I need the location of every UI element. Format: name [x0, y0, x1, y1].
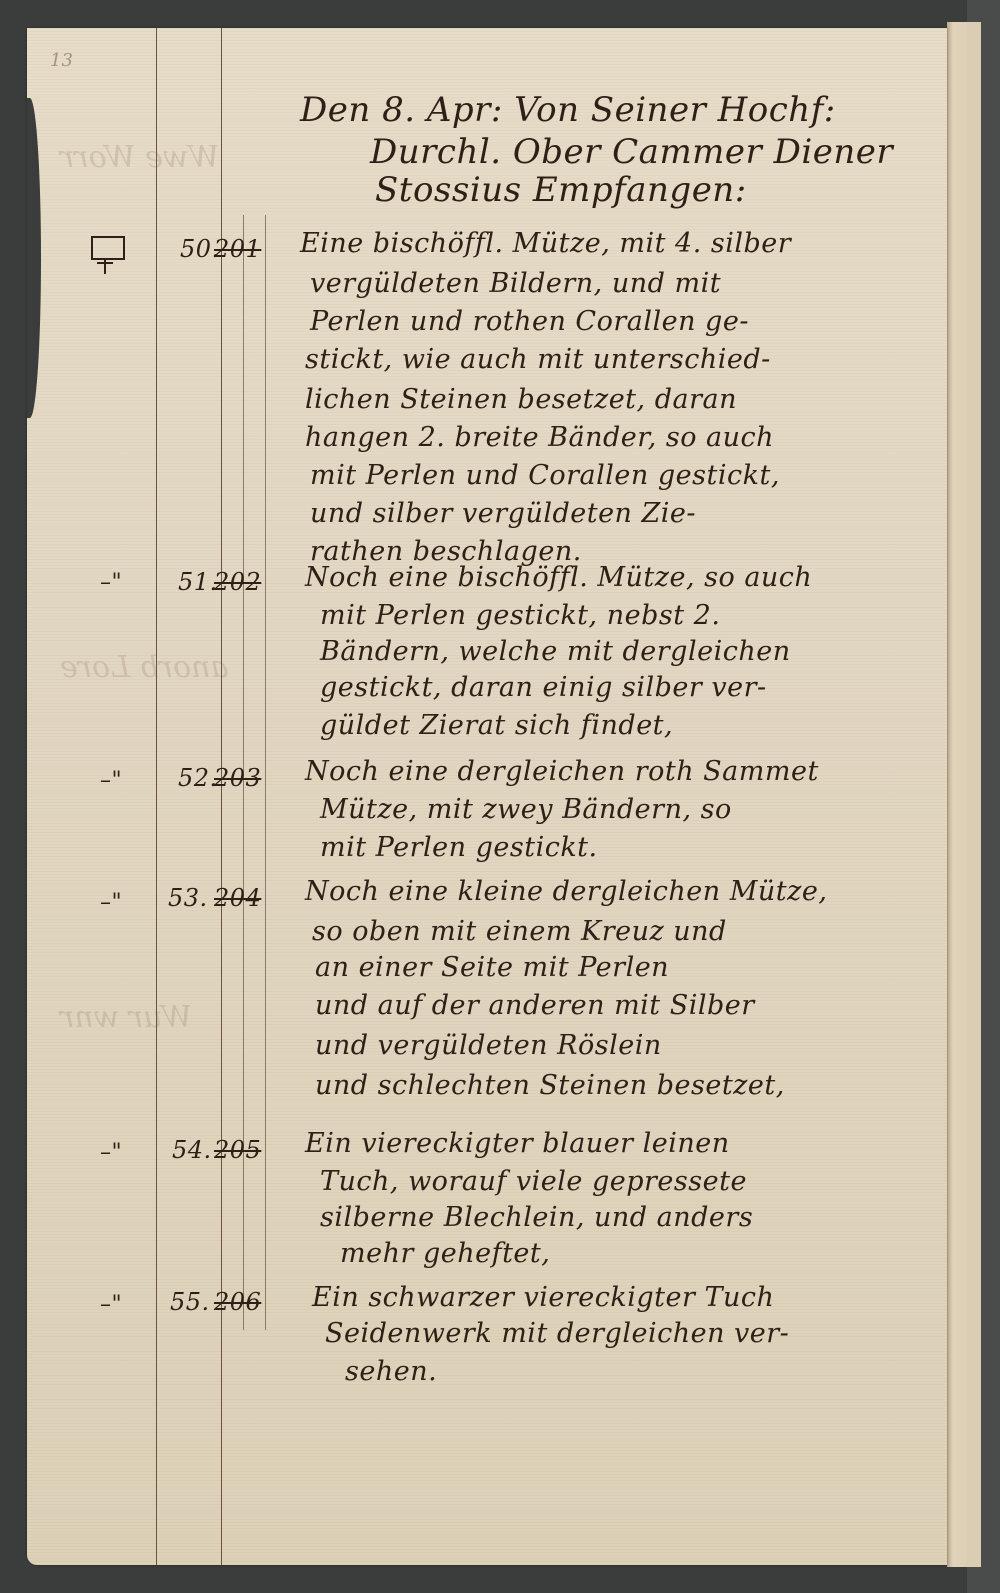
entry-line: Ein schwarzer viereckigter Tuch: [312, 1282, 774, 1313]
entry-line: und schlechten Steinen besetzet,: [315, 1070, 785, 1101]
page-edge-notch: [27, 98, 41, 418]
margin-mark: –": [100, 1292, 122, 1317]
entry-line: und vergüldeten Röslein: [315, 1030, 662, 1061]
margin-symbol-icon: [97, 262, 113, 264]
entry-line: Mütze, mit zwey Bändern, so: [320, 794, 732, 825]
entry-number: 53.: [168, 884, 208, 912]
margin-mark: –": [100, 890, 122, 915]
entry-line: Noch eine kleine dergleichen Mütze,: [305, 876, 827, 907]
entry-line: mit Perlen gestickt, nebst 2.: [320, 600, 720, 631]
heading-line: Durchl. Ober Cammer Diener: [370, 132, 893, 172]
entry-number: 52.: [178, 764, 218, 792]
bleed-through-text: Wwe Worr: [60, 140, 219, 175]
entry-old-number: 202: [214, 568, 261, 596]
entry-old-number: 206: [214, 1288, 261, 1316]
entry-line: gestickt, daran einig silber ver-: [320, 672, 767, 703]
entry-line: vergüldeten Bildern, und mit: [310, 268, 721, 299]
margin-mark: –": [100, 1140, 122, 1165]
entry-number: 51.: [178, 568, 218, 596]
next-page-edge: [967, 22, 981, 1567]
entry-line: lichen Steinen besetzet, daran: [305, 384, 737, 415]
heading-line: Stossius Empfangen:: [375, 170, 747, 210]
entry-line: und silber vergüldeten Zie-: [310, 498, 696, 529]
heading-line: Den 8. Apr: Von Seiner Hochf:: [300, 90, 836, 130]
entry-line: güldet Zierat sich findet,: [320, 710, 673, 741]
entry-line: mit Perlen und Corallen gestickt,: [310, 460, 780, 491]
margin-mark: –": [100, 768, 122, 793]
entry-line: Noch eine dergleichen roth Sammet: [305, 756, 819, 787]
entry-line: Perlen und rothen Corallen ge-: [310, 306, 749, 337]
margin-symbol-icon: [91, 236, 125, 260]
entry-line: und auf der anderen mit Silber: [315, 990, 755, 1021]
entry-line: so oben mit einem Kreuz und: [312, 916, 727, 947]
margin-symbol-icon: [104, 258, 106, 274]
entry-line: stickt, wie auch mit unterschied-: [305, 344, 771, 375]
entry-old-number: 204: [214, 884, 261, 912]
entry-old-number: 203: [214, 764, 261, 792]
entry-line: Seidenwerk mit dergleichen ver-: [325, 1318, 789, 1349]
entry-line: mehr geheftet,: [340, 1238, 550, 1269]
entry-number: 55.: [170, 1288, 210, 1316]
entry-line: Noch eine bischöffl. Mütze, so auch: [305, 562, 812, 593]
entry-old-number: 205: [214, 1136, 261, 1164]
entry-line: an einer Seite mit Perlen: [315, 952, 669, 983]
entry-line: Eine bischöffl. Mütze, mit 4. silber: [300, 228, 791, 259]
entry-line: Ein viereckigter blauer leinen: [305, 1128, 730, 1159]
entry-line: Bändern, welche mit dergleichen: [320, 636, 791, 667]
bleed-through-text: anorb Lore: [60, 650, 228, 685]
entry-line: Tuch, worauf viele gepressete: [320, 1166, 747, 1197]
bleed-through-text: Wur wnr: [60, 1000, 192, 1035]
ruling-line-thin-2: [265, 215, 266, 1330]
margin-mark: –": [100, 570, 122, 595]
folio-mark: 13: [50, 50, 73, 71]
entry-line: hangen 2. breite Bänder, so auch: [305, 422, 774, 453]
entry-line: mit Perlen gestickt.: [320, 832, 598, 863]
ruling-line-margin: [156, 28, 157, 1565]
entry-line: silberne Blechlein, und anders: [320, 1202, 753, 1233]
entry-line: sehen.: [345, 1356, 437, 1387]
entry-old-number: 201: [214, 235, 261, 263]
page-gutter: [947, 22, 967, 1567]
entry-number: 54.: [172, 1136, 212, 1164]
